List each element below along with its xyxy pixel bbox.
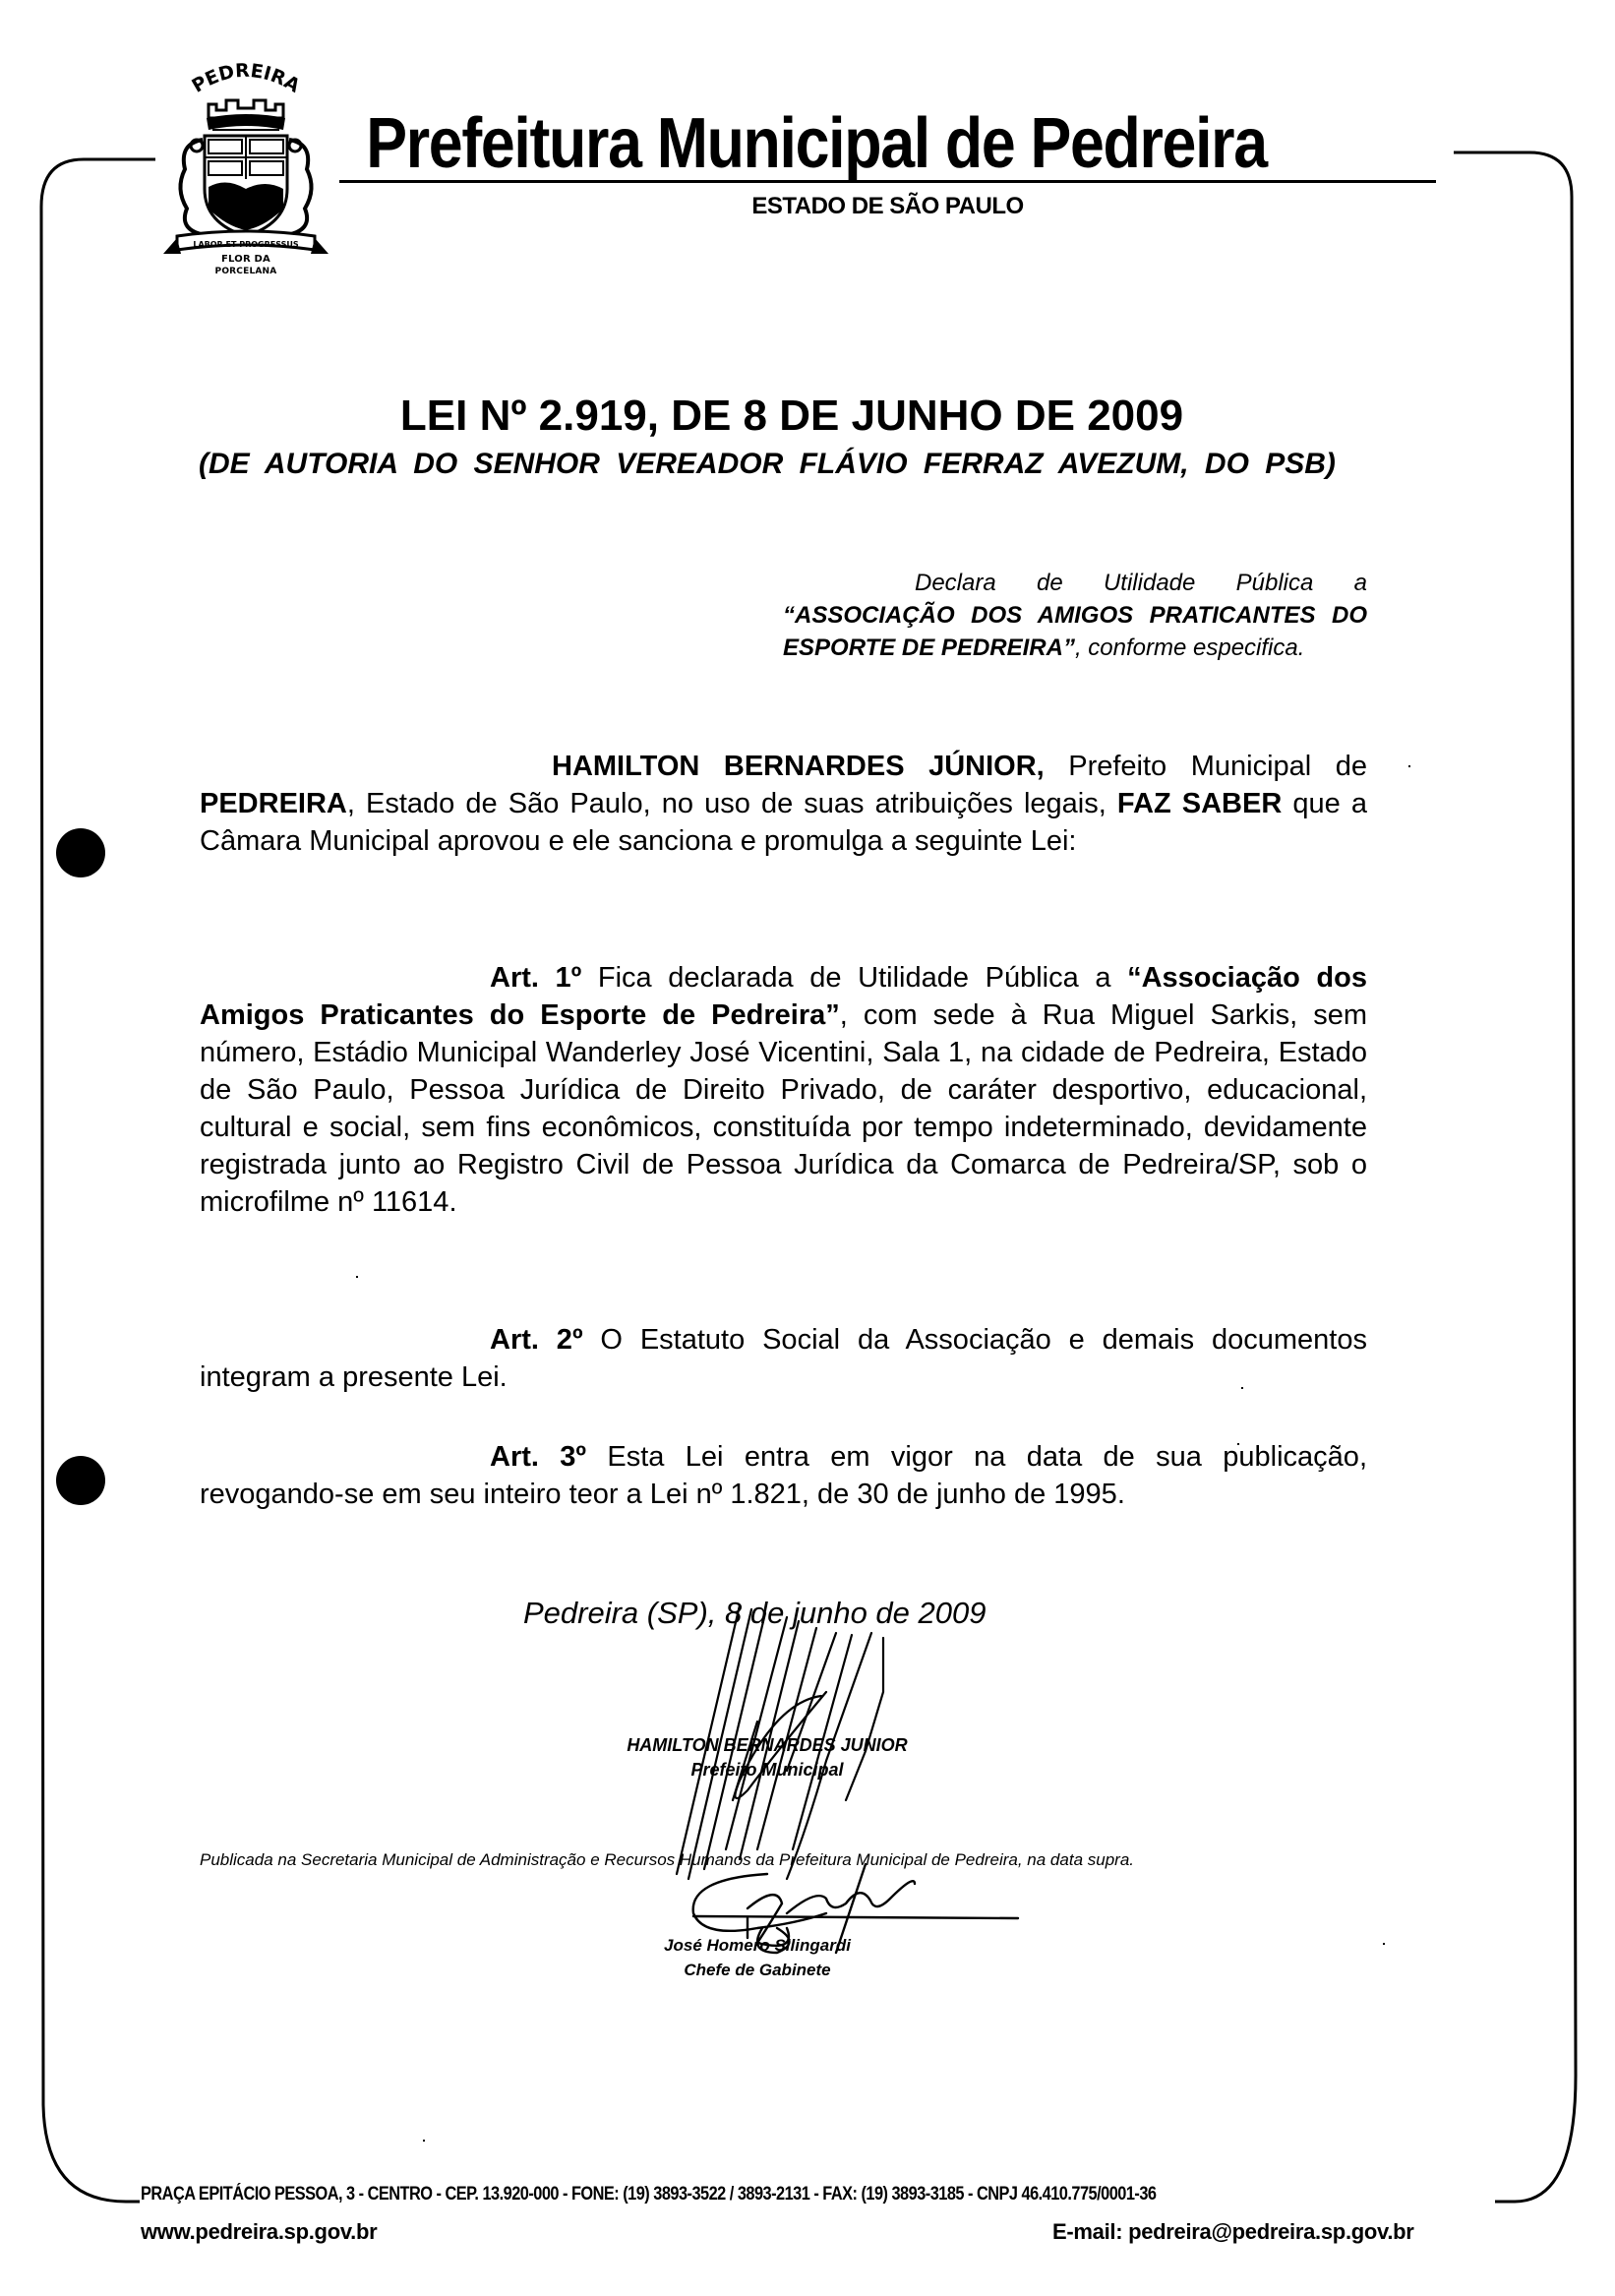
faz-saber: FAZ SABER	[1117, 788, 1282, 819]
mayor-signature-title: Prefeito Municipal	[551, 1760, 984, 1781]
crest-caption-line2: PORCELANA	[157, 267, 334, 276]
law-authorship: (DE AUTORIA DO SENHOR VEREADOR FLÁVIO FE…	[199, 445, 1367, 484]
masthead-rule	[339, 180, 1436, 183]
email-label: E-mail:	[1052, 2219, 1128, 2244]
svg-text:PEDREIRA: PEDREIRA	[188, 61, 303, 97]
law-ementa: Declara de Utilidade Pública a “ASSOCIAÇ…	[783, 567, 1367, 664]
scan-speck	[1205, 181, 1207, 183]
article-1-text-after: , com sede à Rua Miguel Sarkis, sem núme…	[200, 999, 1367, 1218]
article-1-text: Fica declarada de Utilidade Pública a	[581, 962, 1127, 994]
svg-text:LABOR ET PROGRESSUS: LABOR ET PROGRESSUS	[193, 240, 299, 249]
crest-caption-line1: FLOR DA	[157, 254, 334, 265]
chief-signature-name: José Homero Silingardi	[590, 1936, 925, 1956]
scan-speck	[1237, 1443, 1239, 1445]
masthead-title: Prefeitura Municipal de Pedreira	[339, 106, 1293, 181]
article-2-text: O Estatuto Social da Associação e demais…	[200, 1324, 1367, 1393]
article-2-label: Art. 2º	[490, 1324, 583, 1356]
intro-text-2: , Estado de São Paulo, no uso de suas at…	[347, 788, 1117, 819]
scan-speck	[356, 1276, 358, 1278]
city-name: PEDREIRA	[200, 788, 347, 819]
masthead-state: ESTADO DE SÃO PAULO	[339, 193, 1436, 220]
publication-note: Publicada na Secretaria Municipal de Adm…	[200, 1847, 1367, 1872]
article-1: Art. 1º Fica declarada de Utilidade Públ…	[200, 959, 1367, 1221]
article-3-text: Esta Lei entra em vigor na data de sua p…	[200, 1441, 1367, 1510]
article-1-label: Art. 1º	[490, 962, 581, 994]
footer-website-link[interactable]: www.pedreira.sp.gov.br	[141, 2219, 377, 2245]
municipal-crest-logo: PEDREIRA LABOR ET PROGRESSUS FLOR DA POR…	[157, 61, 334, 282]
footer-address: PRAÇA EPITÁCIO PESSOA, 3 - CENTRO - CEP.…	[141, 2184, 1157, 2205]
email-link[interactable]: pedreira@pedreira.sp.gov.br	[1128, 2219, 1413, 2244]
article-3: Art. 3º Esta Lei entra em vigor na data …	[200, 1438, 1367, 1513]
intro-text-1: Prefeito Municipal de	[1045, 751, 1367, 782]
mayor-name: HAMILTON BERNARDES JÚNIOR,	[552, 751, 1045, 782]
ementa-prefix: Declara de Utilidade Pública a	[915, 570, 1367, 596]
scan-speck	[423, 2140, 425, 2142]
chief-signature-title: Chefe de Gabinete	[590, 1961, 925, 1980]
law-title: LEI Nº 2.919, DE 8 DE JUNHO DE 2009	[187, 392, 1397, 441]
date-place: Pedreira (SP), 8 de junho de 2009	[523, 1596, 986, 1631]
intro-paragraph: HAMILTON BERNARDES JÚNIOR, Prefeito Muni…	[200, 748, 1367, 860]
coat-of-arms-icon: PEDREIRA LABOR ET PROGRESSUS	[157, 61, 334, 258]
punch-hole-bottom	[56, 1456, 105, 1505]
ementa-suffix: , conforme especifica.	[1075, 634, 1304, 661]
punch-hole-top	[56, 828, 105, 877]
mayor-signature-name: HAMILTON BERNARDES JUNIOR	[551, 1735, 984, 1756]
scan-speck	[1241, 1387, 1243, 1389]
scan-speck	[1383, 1943, 1385, 1945]
scan-speck	[1408, 765, 1410, 767]
footer-email[interactable]: E-mail: pedreira@pedreira.sp.gov.br	[1052, 2219, 1414, 2245]
article-2: Art. 2º O Estatuto Social da Associação …	[200, 1321, 1367, 1396]
article-3-label: Art. 3º	[490, 1441, 586, 1473]
